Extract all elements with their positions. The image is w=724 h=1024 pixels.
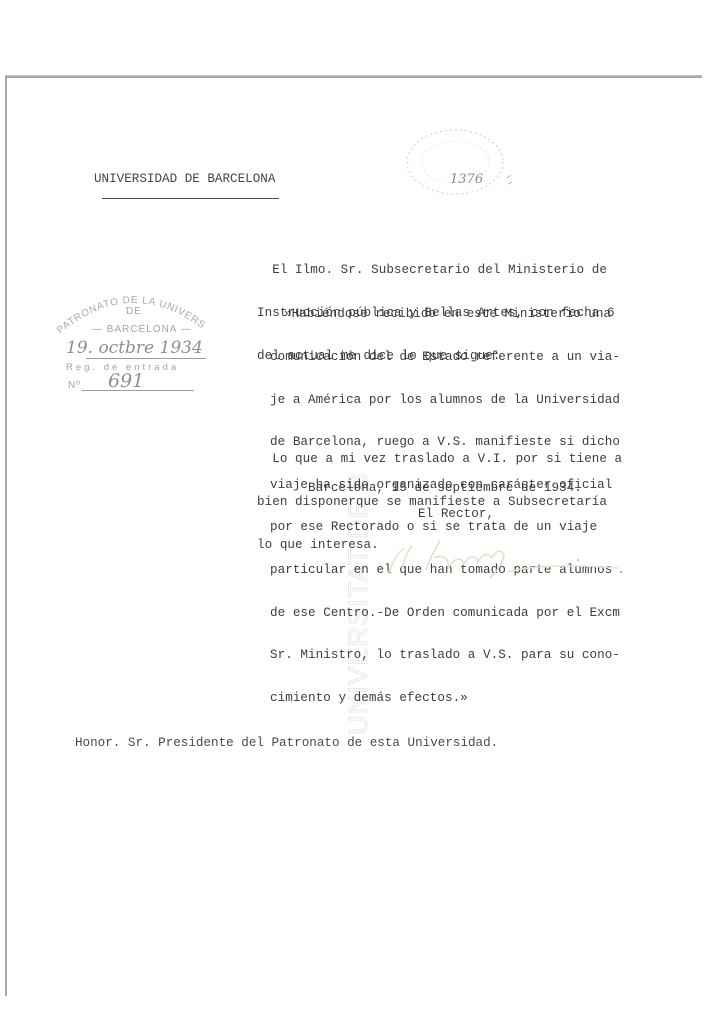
stamp-number-label: Nº [68, 380, 81, 391]
stamp-number-underline [82, 390, 194, 391]
intro-line: El Ilmo. Sr. Subsecretario del Ministeri… [257, 263, 615, 277]
quote-line: comunicación del de Estado referente a u… [270, 350, 620, 364]
institution-header: UNIVERSIDAD DE BARCELONA [94, 172, 275, 186]
quote-line: de ese Centro.-De Orden comunicada por e… [270, 606, 620, 620]
quote-line: »Habiéndose recibido en este Ministerio … [270, 307, 620, 321]
stamp-city: — BARCELONA — [92, 324, 192, 335]
rector-signature [378, 528, 628, 593]
addressee-line: Honor. Sr. Presidente del Patronato de e… [75, 736, 498, 750]
received-stamp: PATRONATO DE LA UNIVERSIDAD DE — BARCELO… [46, 282, 226, 402]
signatory-title: El Rector, [418, 507, 494, 521]
quote-line: cimiento y demás efectos.» [270, 691, 620, 705]
round-stamp-icon [395, 120, 525, 200]
quote-line: Sr. Ministro, lo traslado a V.S. para su… [270, 648, 620, 662]
stamp-date-underline [86, 358, 206, 359]
signature-icon [378, 528, 628, 588]
stamp-de: DE [126, 306, 142, 317]
stamp-number-handwritten: 691 [108, 370, 144, 392]
registry-stamp: 1376 [395, 120, 525, 200]
closing-line: Lo que a mi vez traslado a V.I. por si t… [257, 452, 622, 466]
date-line: Barcelona, 15 de septiembre de 1934. [308, 481, 582, 495]
stamp-date-handwritten: 19. octbre 1934 [66, 338, 203, 358]
header-underline [102, 198, 279, 199]
quote-line: je a América por los alumnos de la Unive… [270, 393, 620, 407]
registry-number: 1376 [450, 172, 483, 187]
